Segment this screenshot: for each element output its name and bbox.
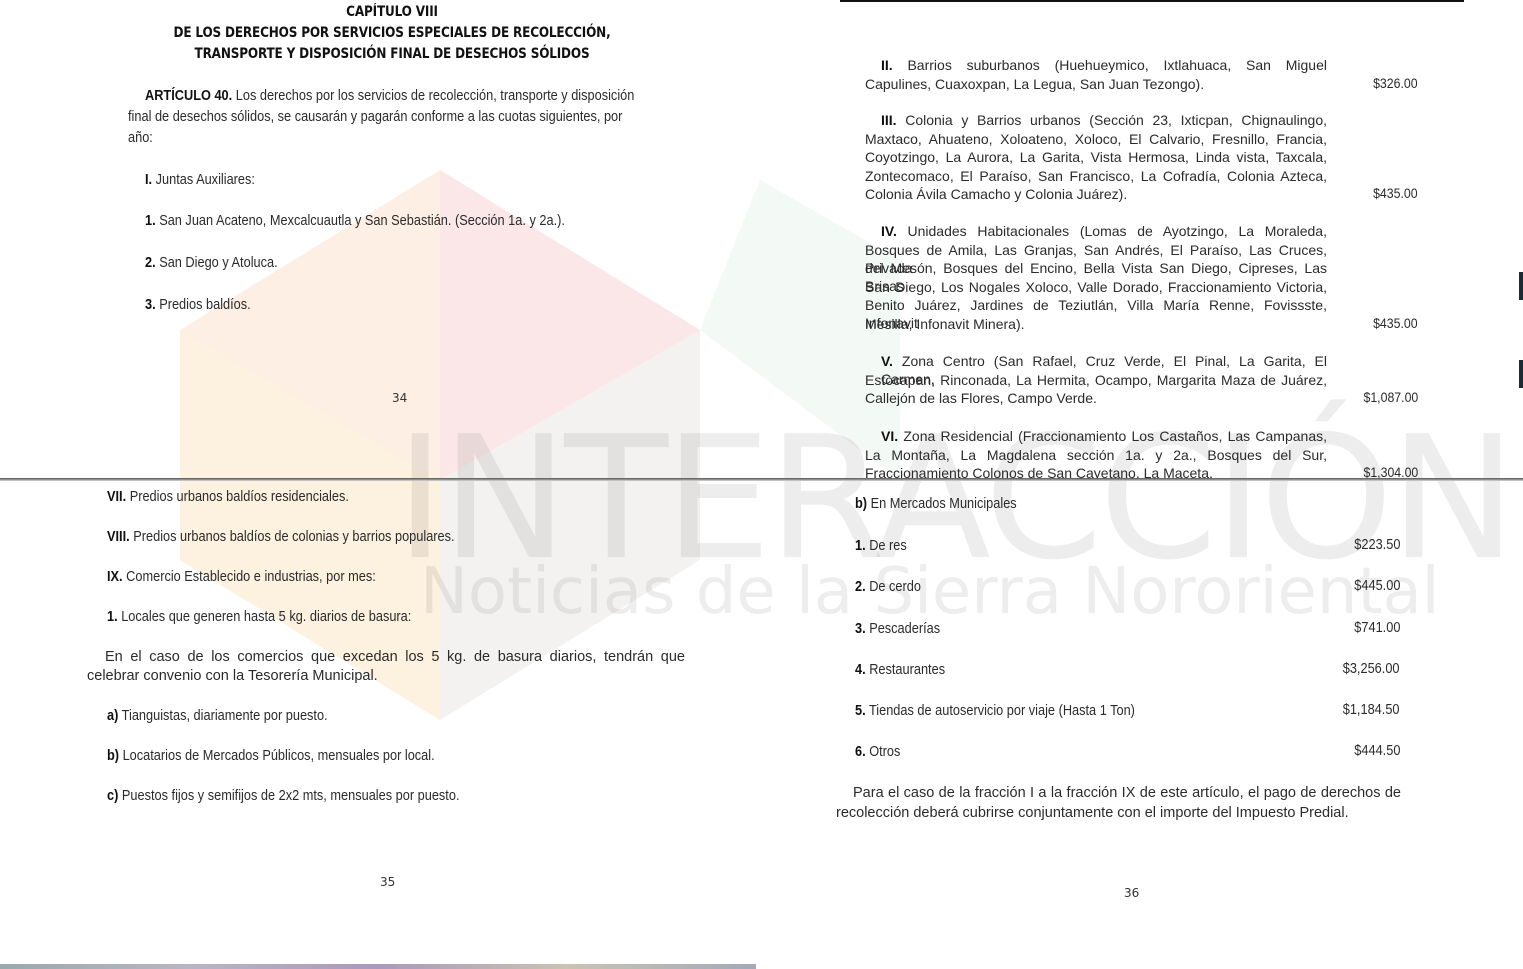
fee-price: $741.00 <box>1354 620 1400 636</box>
bottom-edge-strip <box>0 964 756 969</box>
edge-mark <box>1519 272 1523 300</box>
page-number: 36 <box>1124 886 1139 900</box>
fee-item: 2. De cerdo <box>855 578 921 597</box>
fraction-text: San Diego, Los Nogales Xoloco, Valle Dor… <box>865 278 1327 296</box>
section-heading: b) En Mercados Municipales <box>855 495 1017 514</box>
fraction-text: III. Colonia y Barrios urbanos (Sección … <box>881 111 1327 129</box>
fraction-text: Maxtaco, Ahuateno, Xoloateno, Xoloco, El… <box>865 130 1327 148</box>
fee-price: $326.00 <box>1373 75 1418 91</box>
fraction-text: Callejón de las Flores, Campo Verde. <box>865 389 1327 407</box>
fee-item: 3. Pescaderías <box>855 620 940 639</box>
fee-price: $1,184.50 <box>1343 702 1400 718</box>
fee-price: $1,087.00 <box>1363 389 1418 405</box>
fraction-text: II. Barrios suburbanos (Huehueymico, Ixt… <box>881 56 1327 74</box>
fee-price: $444.50 <box>1354 743 1400 759</box>
fee-item: 1. De res <box>855 537 907 556</box>
fee-price: $223.50 <box>1354 537 1400 553</box>
fee-price: $3,256.00 <box>1343 661 1400 677</box>
page-34-continued: II. Barrios suburbanos (Huehueymico, Ixt… <box>0 0 1523 478</box>
fraction-text: Mesilla, Infonavit Minera). <box>865 315 1327 333</box>
fraction-text: Zontecomaco, El Paraíso, San Francisco, … <box>865 167 1327 185</box>
fee-item: 6. Otros <box>855 743 900 762</box>
fee-price: $435.00 <box>1373 185 1418 201</box>
fraction-text: IV. Unidades Habitacionales (Lomas de Ay… <box>881 222 1327 240</box>
edge-mark <box>1519 360 1523 388</box>
fee-item: 4. Restaurantes <box>855 661 945 680</box>
fraction-text: Estocapan, Rinconada, La Hermita, Ocampo… <box>865 371 1327 389</box>
page-top-rule <box>840 0 1464 2</box>
fraction-text: Colonia Ávila Camacho y Colonia Juárez). <box>865 185 1327 203</box>
page-seam-divider <box>0 478 1523 481</box>
fee-price: $445.00 <box>1354 578 1400 594</box>
closing-paragraph: recolección deberá cubrirse conjuntament… <box>836 804 1396 823</box>
fraction-text: Coyotzingo, La Aurora, La Garita, Vista … <box>865 148 1327 166</box>
page-36: b) En Mercados Municipales 1. De res$223… <box>0 481 1523 969</box>
closing-paragraph: Para el caso de la fracción I a la fracc… <box>853 784 1401 803</box>
fraction-text: VI. Zona Residencial (Fraccionamiento Lo… <box>881 427 1327 445</box>
fee-price: $435.00 <box>1373 315 1418 331</box>
fraction-text: La Montaña, La Magdalena sección 1a. y 2… <box>865 446 1327 464</box>
fee-item: 5. Tiendas de autoservicio por viaje (Ha… <box>855 702 1135 721</box>
fraction-text: Capulines, Cuaxoxpan, La Legua, San Juan… <box>865 75 1327 93</box>
